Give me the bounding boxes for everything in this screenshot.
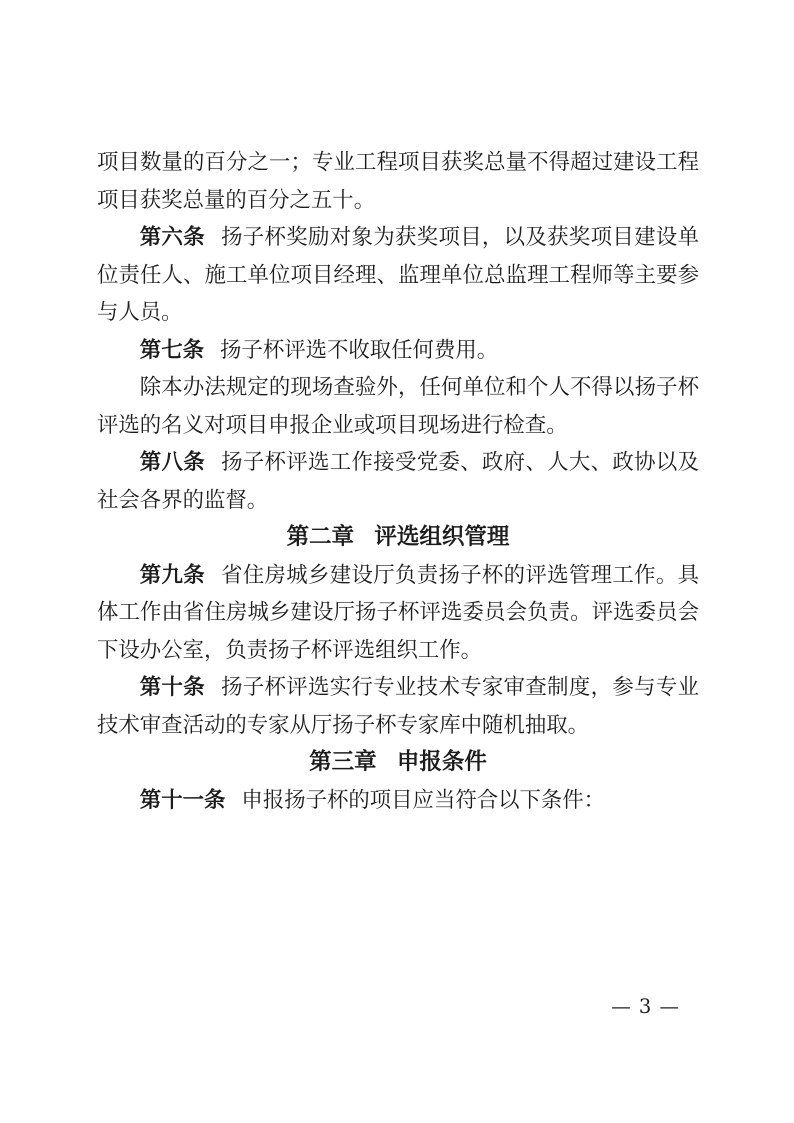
paragraph-article-11: 第十一条申报扬子杯的项目应当符合以下条件： (97, 782, 699, 820)
chapter-label: 第三章 (309, 749, 377, 775)
paragraph-text: 除本办法规定的现场查验外，任何单位和个人不得以扬子杯评选的名义对项目申报企业或项… (97, 375, 699, 438)
chapter-heading-2: 第二章评选组织管理 (97, 519, 699, 557)
article-number: 第九条 (140, 563, 205, 588)
article-number: 第六条 (140, 225, 205, 250)
paragraph-article-8: 第八条扬子杯评选工作接受党委、政府、人大、政协以及社会各界的监督。 (97, 444, 699, 519)
page-number: — 3 — (611, 995, 680, 1019)
chapter-title: 评选组织管理 (374, 524, 509, 550)
paragraph-article-7: 第七条扬子杯评选不收取任何费用。 (97, 332, 699, 370)
paragraph-continuation: 项目数量的百分之一；专业工程项目获奖总量不得超过建设工程项目获奖总量的百分之五十… (97, 144, 699, 219)
paragraph-article-10: 第十条扬子杯评选实行专业技术专家审查制度，参与专业技术审查活动的专家从厅扬子杯专… (97, 669, 699, 744)
paragraph-article-6: 第六条扬子杯奖励对象为获奖项目，以及获奖项目建设单位责任人、施工单位项目经理、监… (97, 219, 699, 332)
paragraph-article-9: 第九条省住房城乡建设厅负责扬子杯的评选管理工作。具体工作由省住房城乡建设厅扬子杯… (97, 557, 699, 670)
article-number: 第十一条 (140, 788, 226, 813)
chapter-title: 申报条件 (397, 749, 487, 775)
paragraph-text: 扬子杯评选不收取任何费用。 (220, 338, 498, 363)
document-body: 项目数量的百分之一；专业工程项目获奖总量不得超过建设工程项目获奖总量的百分之五十… (97, 144, 699, 819)
paragraph-plain: 除本办法规定的现场查验外，任何单位和个人不得以扬子杯评选的名义对项目申报企业或项… (97, 369, 699, 444)
article-number: 第七条 (140, 338, 204, 363)
chapter-heading-3: 第三章申报条件 (97, 744, 699, 782)
chapter-label: 第二章 (287, 524, 355, 550)
paragraph-text: 项目数量的百分之一；专业工程项目获奖总量不得超过建设工程项目获奖总量的百分之五十… (97, 150, 699, 213)
document-page: 项目数量的百分之一；专业工程项目获奖总量不得超过建设工程项目获奖总量的百分之五十… (0, 0, 794, 1123)
article-number: 第八条 (140, 450, 205, 475)
paragraph-text: 申报扬子杯的项目应当符合以下条件： (241, 788, 605, 813)
article-number: 第十条 (140, 675, 205, 700)
